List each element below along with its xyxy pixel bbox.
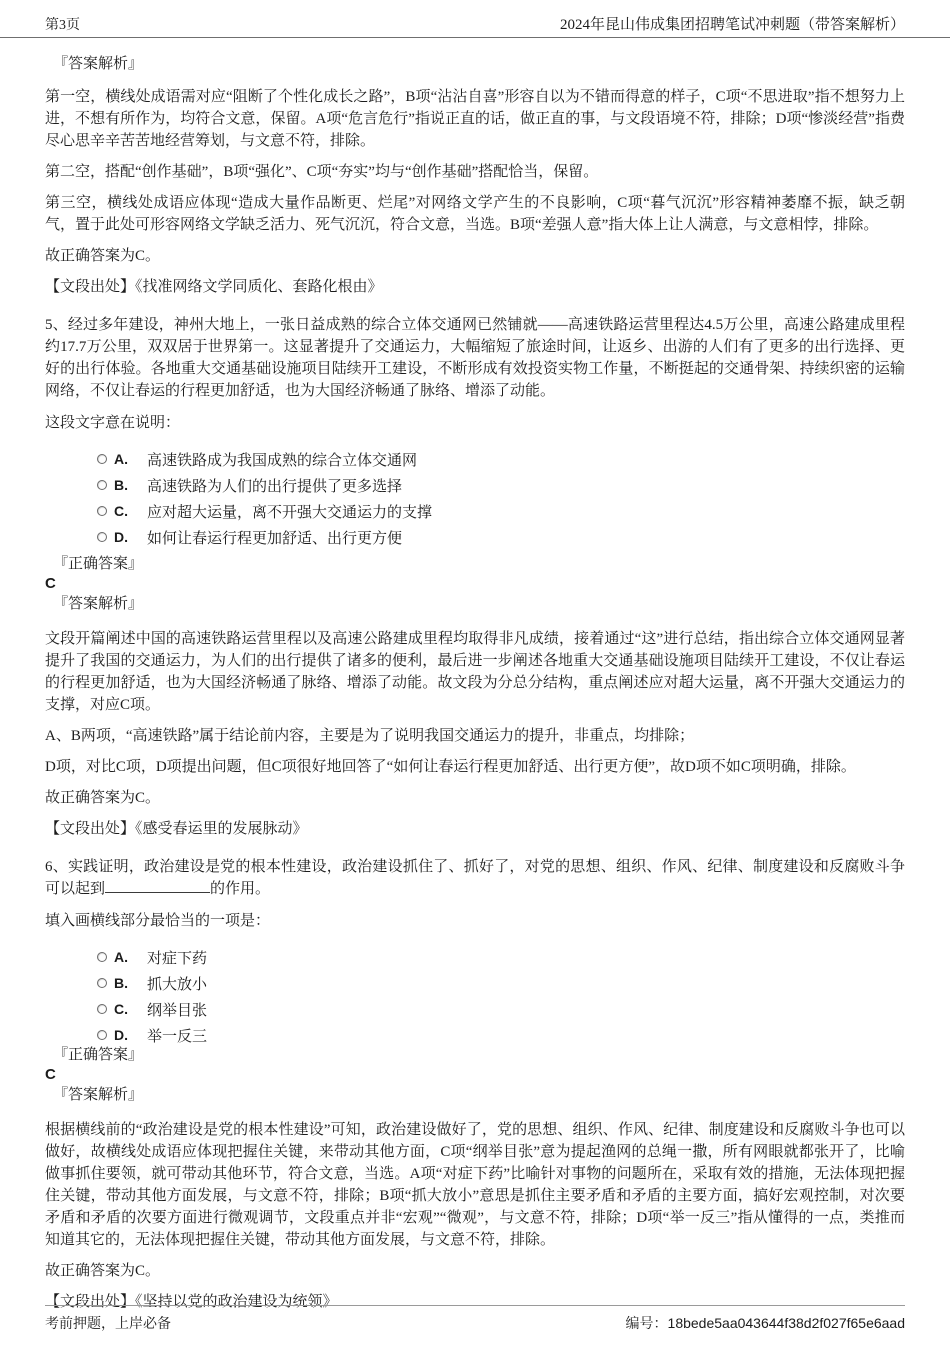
option-letter: C. [114,1001,147,1017]
question-stem: 5、经过多年建设，神州大地上，一张日益成熟的综合立体交通网已然铺就——高速铁路运… [45,314,905,402]
option-text: 高速铁路为人们的出行提供了更多选择 [147,475,402,496]
correct-answer-value: C [45,1065,905,1085]
document-serial: 编号： 18bede5aa043644f38d2f027f65e6aad [626,1313,905,1333]
correct-answer-label: 『正确答案』 [45,554,905,574]
radio-button[interactable] [97,480,107,490]
stem-text-after: 的作用。 [210,881,270,897]
option-row-a[interactable]: A. 对症下药 [97,944,905,970]
radio-button[interactable] [97,532,107,542]
question-stem: 6、实践证明，政治建设是党的根本性建设，政治建设抓住了、抓好了，对党的思想、组织… [45,856,905,900]
radio-button[interactable] [97,1030,107,1040]
question-6-options: A. 对症下药 B. 抓大放小 C. 纲举目张 D. 举一反三 [45,944,905,1048]
analysis-label: 『答案解析』 [45,54,905,74]
page-footer: 考前押题，上岸必备 编号： 18bede5aa043644f38d2f027f6… [45,1305,905,1333]
page-header: 第3页 2024年昆山伟成集团招聘笔试冲刺题（带答案解析） [0,0,950,38]
option-text: 举一反三 [147,1025,207,1046]
option-text: 抓大放小 [147,973,207,994]
answer-block: 『正确答案』 C 『答案解析』 [45,1045,905,1105]
analysis-paragraph: A、B两项，“高速铁路”属于结论前内容，主要是为了说明我国交通运力的提升，非重点… [45,725,905,747]
conclusion-text: 故正确答案为C。 [45,1260,905,1282]
question-prompt: 这段文字意在说明： [45,412,905,434]
fill-in-blank-line [105,880,210,893]
option-letter: D. [114,1027,147,1043]
option-letter: B. [114,477,147,493]
analysis-paragraph: 第一空，横线处成语需对应“阻断了个性化成长之路”，B项“沾沾自喜”形容自以为不错… [45,86,905,152]
analysis-paragraph: 根据横线前的“政治建设是党的根本性建设”可知，政治建设做好了，党的思想、组织、作… [45,1119,905,1251]
option-letter: A. [114,949,147,965]
source-citation: 【文段出处】《感受春运里的发展脉动》 [45,818,905,840]
option-text: 纲举目张 [147,999,207,1020]
question-6: 6、实践证明，政治建设是党的根本性建设，政治建设抓住了、抓好了，对党的思想、组织… [45,856,905,1313]
option-text: 对症下药 [147,947,207,968]
correct-answer-label: 『正确答案』 [45,1045,905,1065]
radio-button[interactable] [97,952,107,962]
analysis-paragraph: D项，对比C项，D项提出问题，但C项很好地回答了“如何让春运行程更加舒适、出行更… [45,756,905,778]
footer-slogan: 考前押题，上岸必备 [45,1313,171,1333]
option-row-b[interactable]: B. 抓大放小 [97,970,905,996]
analysis-paragraph: 第三空，横线处成语应体现“造成大量作品断更、烂尾”对网络文学产生的不良影响，C项… [45,192,905,236]
radio-button[interactable] [97,1004,107,1014]
option-letter: C. [114,503,147,519]
source-citation: 【文段出处】《找准网络文学同质化、套路化根由》 [45,276,905,298]
conclusion-text: 故正确答案为C。 [45,787,905,809]
analysis-label: 『答案解析』 [45,1085,905,1105]
prev-question-analysis: 『答案解析』 第一空，横线处成语需对应“阻断了个性化成长之路”，B项“沾沾自喜”… [45,54,905,298]
conclusion-text: 故正确答案为C。 [45,245,905,267]
question-5: 5、经过多年建设，神州大地上，一张日益成熟的综合立体交通网已然铺就——高速铁路运… [45,314,905,840]
correct-answer-value: C [45,574,905,594]
option-letter: A. [114,451,147,467]
question-prompt: 填入画横线部分最恰当的一项是： [45,910,905,932]
serial-label: 编号： [626,1313,668,1333]
radio-button[interactable] [97,506,107,516]
option-letter: B. [114,975,147,991]
radio-button[interactable] [97,454,107,464]
option-text: 如何让春运行程更加舒适、出行更方便 [147,527,402,548]
answer-block: 『正确答案』 C 『答案解析』 [45,554,905,614]
page-number: 第3页 [45,14,80,34]
page-content: 『答案解析』 第一空，横线处成语需对应“阻断了个性化成长之路”，B项“沾沾自喜”… [0,38,950,1313]
question-5-options: A. 高速铁路成为我国成熟的综合立体交通网 B. 高速铁路为人们的出行提供了更多… [45,446,905,550]
option-row-a[interactable]: A. 高速铁路成为我国成熟的综合立体交通网 [97,446,905,472]
option-text: 高速铁路成为我国成熟的综合立体交通网 [147,449,417,470]
option-row-c[interactable]: C. 应对超大运量，离不开强大交通运力的支撑 [97,498,905,524]
document-title: 2024年昆山伟成集团招聘笔试冲刺题（带答案解析） [560,13,905,34]
option-text: 应对超大运量，离不开强大交通运力的支撑 [147,501,432,522]
option-letter: D. [114,529,147,545]
option-row-d[interactable]: D. 如何让春运行程更加舒适、出行更方便 [97,524,905,550]
analysis-paragraph: 第二空，搭配“创作基础”，B项“强化”、C项“夯实”均与“创作基础”搭配恰当，保… [45,161,905,183]
analysis-paragraph: 文段开篇阐述中国的高速铁路运营里程以及高速公路建成里程均取得非凡成绩，接着通过“… [45,628,905,716]
radio-button[interactable] [97,978,107,988]
option-row-c[interactable]: C. 纲举目张 [97,996,905,1022]
serial-value: 18bede5aa043644f38d2f027f65e6aad [668,1315,905,1331]
analysis-label: 『答案解析』 [45,594,905,614]
document-page: 第3页 2024年昆山伟成集团招聘笔试冲刺题（带答案解析） 『答案解析』 第一空… [0,0,950,1345]
option-row-b[interactable]: B. 高速铁路为人们的出行提供了更多选择 [97,472,905,498]
